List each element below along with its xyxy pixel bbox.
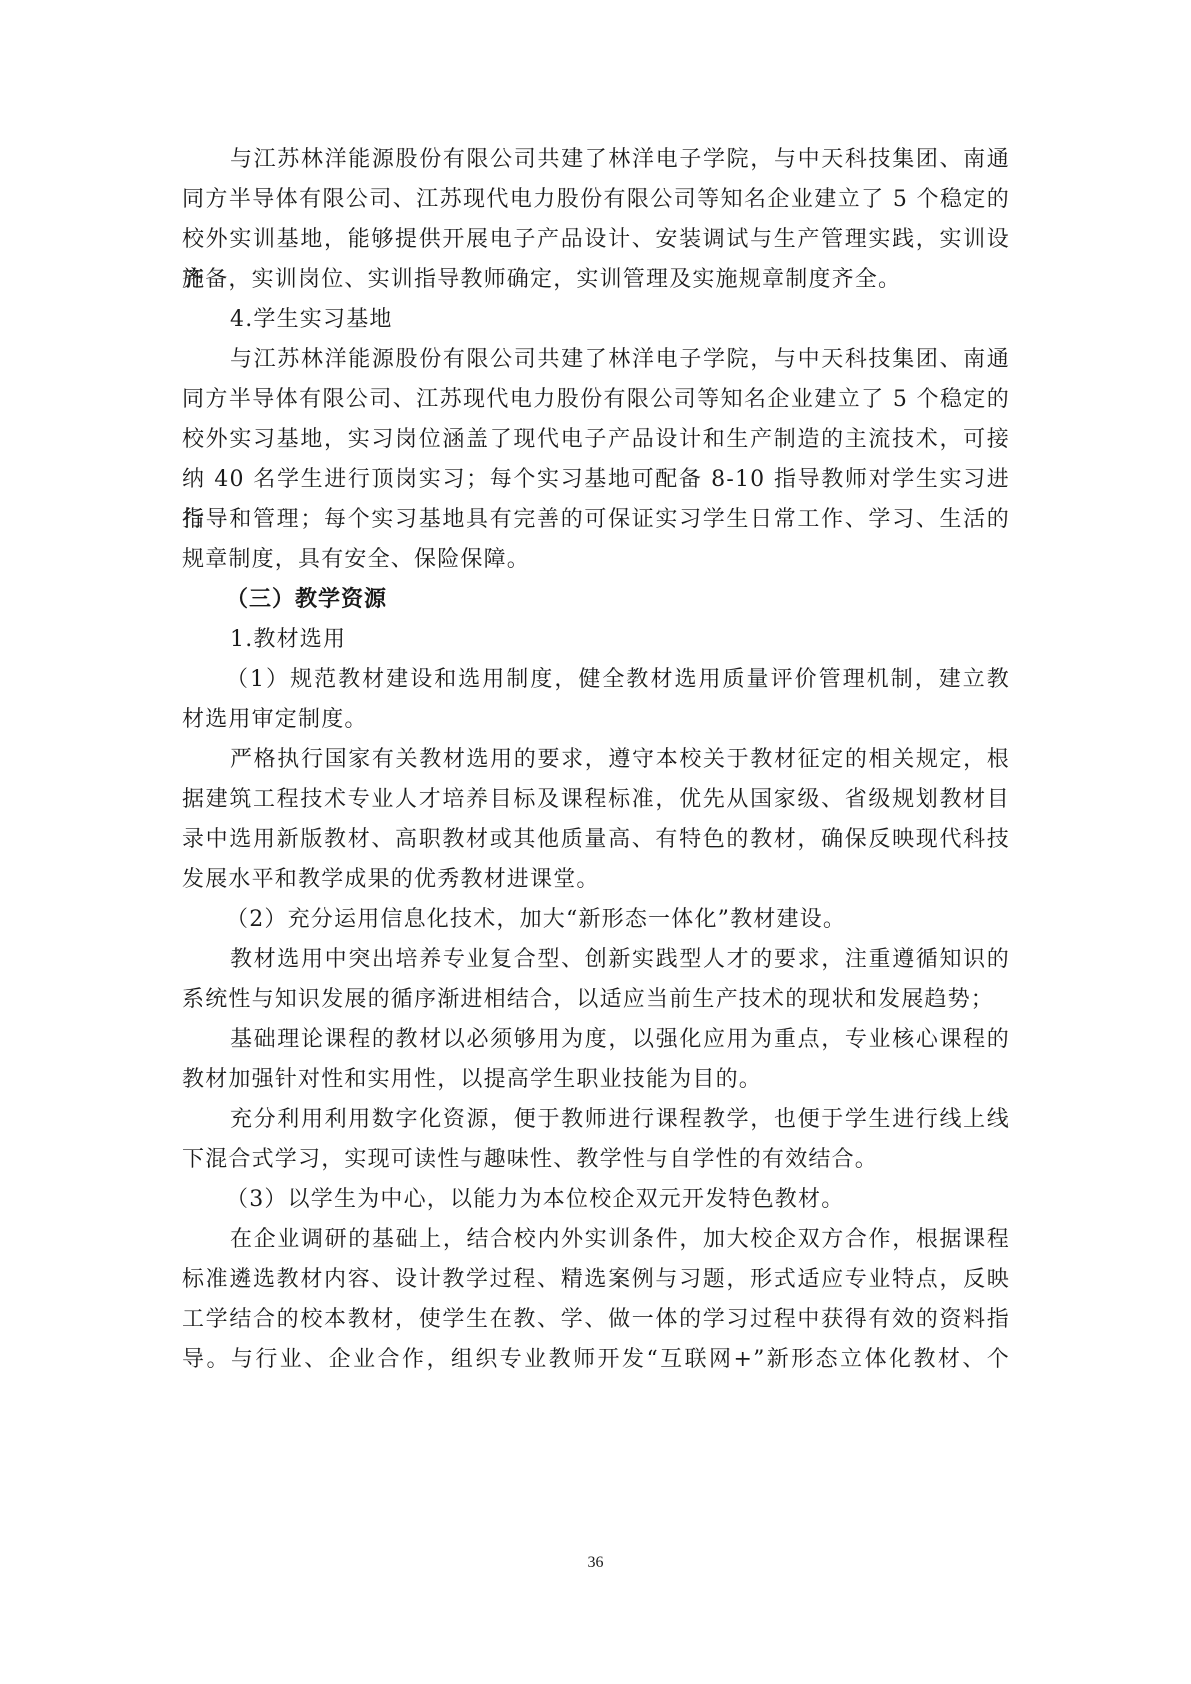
paragraph-line: 严格执行国家有关教材选用的要求，遵守本校关于教材征定的相关规定，根 <box>182 740 1010 780</box>
subheading-student-internship-base: 4.学生实习基地 <box>182 300 1010 340</box>
page-number: 36 <box>0 1554 1191 1572</box>
paragraph-line: 发展水平和教学成果的优秀教材进课堂。 <box>182 860 1010 900</box>
paragraph-line: 材选用审定制度。 <box>182 700 1010 740</box>
paragraph-line: 校外实训基地，能够提供开展电子产品设计、安装调试与生产管理实践，实训设施 <box>182 220 1010 260</box>
paragraph-line: 下混合式学习，实现可读性与趣味性、教学性与自学性的有效结合。 <box>182 1140 1010 1180</box>
paragraph-line: 基础理论课程的教材以必须够用为度，以强化应用为重点，专业核心课程的 <box>182 1020 1010 1060</box>
paragraph-line: 与江苏林洋能源股份有限公司共建了林洋电子学院，与中天科技集团、南通 <box>182 340 1010 380</box>
paragraph-line: 标准遴选教材内容、设计教学过程、精选案例与习题，形式适应专业特点，反映 <box>182 1260 1010 1300</box>
paragraph-line: 与江苏林洋能源股份有限公司共建了林洋电子学院，与中天科技集团、南通 <box>182 140 1010 180</box>
paragraph-line: （2）充分运用信息化技术，加大“新形态一体化”教材建设。 <box>182 900 1010 940</box>
paragraph-line: 工学结合的校本教材，使学生在教、学、做一体的学习过程中获得有效的资料指 <box>182 1300 1010 1340</box>
section-heading-teaching-resources: （三）教学资源 <box>182 580 1010 620</box>
paragraph-line: 充分利用利用数字化资源，便于教师进行课程教学，也便于学生进行线上线 <box>182 1100 1010 1140</box>
paragraph-line: 规章制度，具有安全、保险保障。 <box>182 540 1010 580</box>
paragraph-line: 同方半导体有限公司、江苏现代电力股份有限公司等知名企业建立了 5 个稳定的 <box>182 180 1010 220</box>
paragraph-line: 系统性与知识发展的循序渐进相结合，以适应当前生产技术的现状和发展趋势； <box>182 980 1010 1020</box>
paragraph-line: 指导和管理；每个实习基地具有完善的可保证实习学生日常工作、学习、生活的 <box>182 500 1010 540</box>
paragraph-line: 教材选用中突出培养专业复合型、创新实践型人才的要求，注重遵循知识的 <box>182 940 1010 980</box>
subheading-textbook-selection: 1.教材选用 <box>182 620 1010 660</box>
paragraph-line: （1）规范教材建设和选用制度，健全教材选用质量评价管理机制，建立教 <box>182 660 1010 700</box>
paragraph-line: 在企业调研的基础上，结合校内外实训条件，加大校企双方合作，根据课程 <box>182 1220 1010 1260</box>
paragraph-line: 校外实习基地，实习岗位涵盖了现代电子产品设计和生产制造的主流技术，可接 <box>182 420 1010 460</box>
paragraph-line: 教材加强针对性和实用性，以提高学生职业技能为目的。 <box>182 1060 1010 1100</box>
paragraph-line: 齐备，实训岗位、实训指导教师确定，实训管理及实施规章制度齐全。 <box>182 260 1010 300</box>
paragraph-line: 录中选用新版教材、高职教材或其他质量高、有特色的教材，确保反映现代科技 <box>182 820 1010 860</box>
document-body: 与江苏林洋能源股份有限公司共建了林洋电子学院，与中天科技集团、南通 同方半导体有… <box>182 140 1010 1380</box>
paragraph-line: 同方半导体有限公司、江苏现代电力股份有限公司等知名企业建立了 5 个稳定的 <box>182 380 1010 420</box>
paragraph-line: 导。与行业、企业合作，组织专业教师开发“互联网+”新形态立体化教材、个 <box>182 1340 1010 1380</box>
paragraph-line: 纳 40 名学生进行顶岗实习；每个实习基地可配备 8-10 指导教师对学生实习进… <box>182 460 1010 500</box>
paragraph-line: （3）以学生为中心，以能力为本位校企双元开发特色教材。 <box>182 1180 1010 1220</box>
paragraph-line: 据建筑工程技术专业人才培养目标及课程标准，优先从国家级、省级规划教材目 <box>182 780 1010 820</box>
